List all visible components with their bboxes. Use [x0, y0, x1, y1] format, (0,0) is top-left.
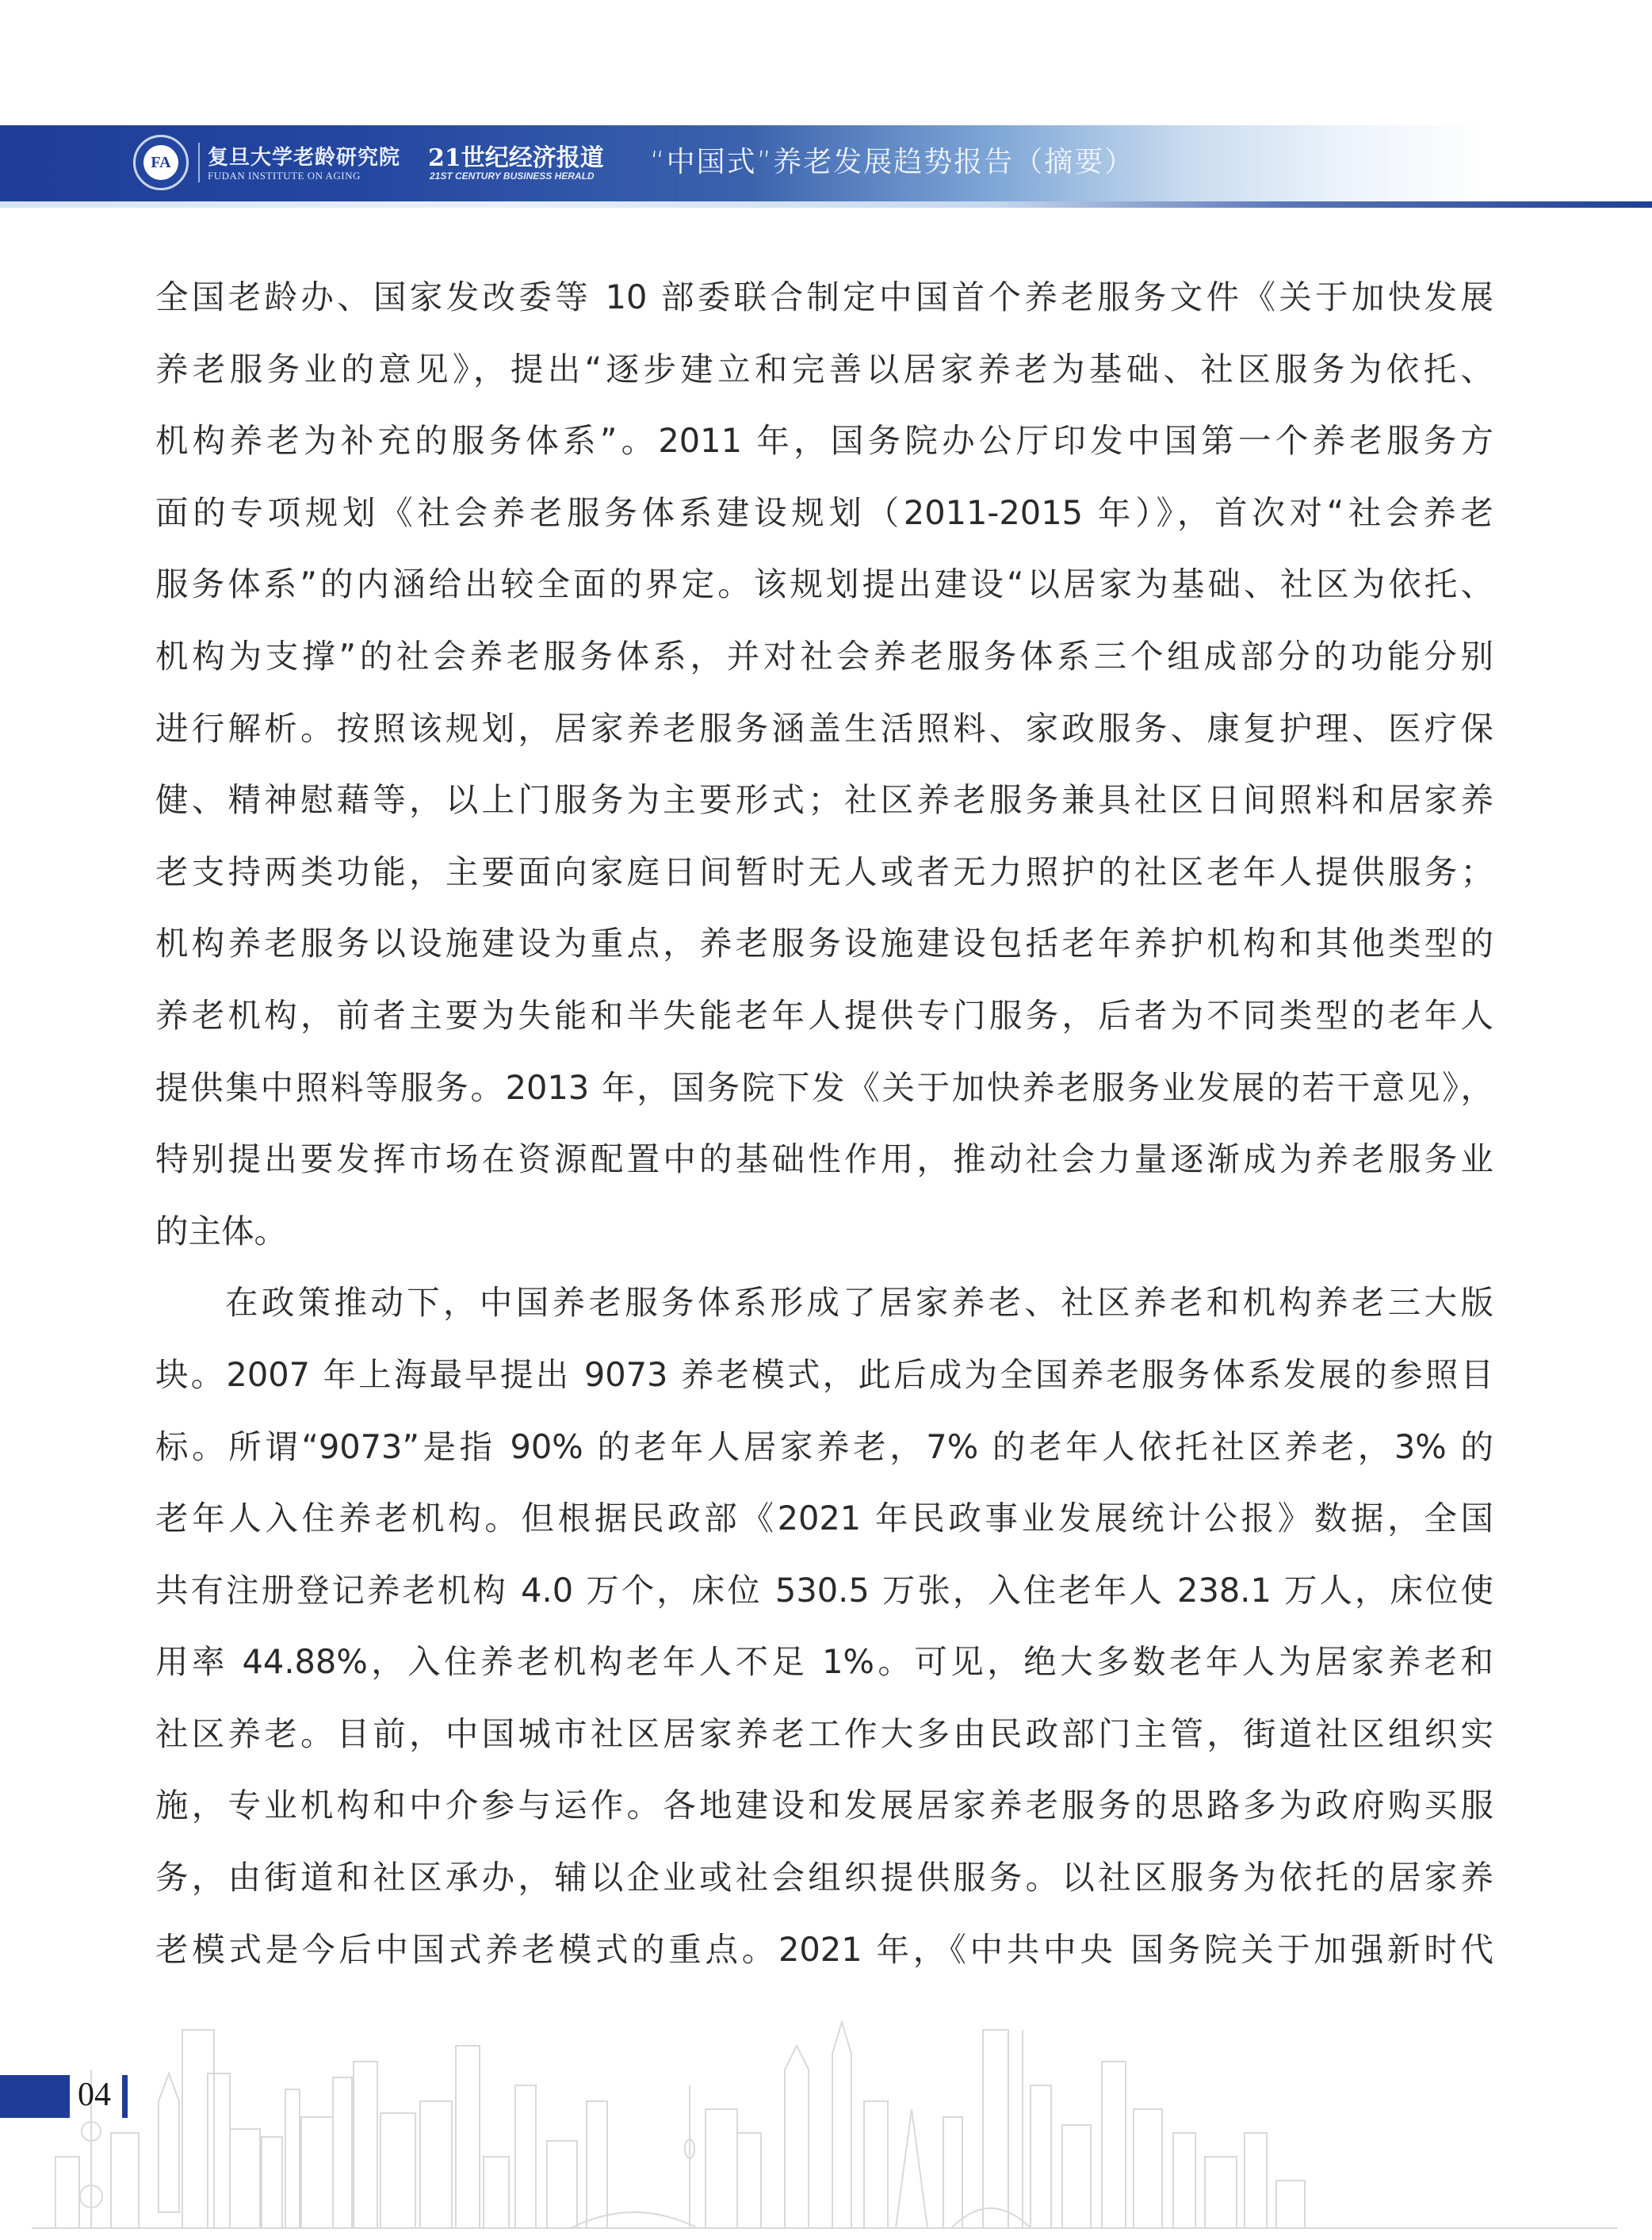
- text-line: 在政策推动下，中国养老服务体系形成了居家养老、社区养老和机构养老三大版: [155, 1267, 1493, 1339]
- text-line: 共有注册登记养老机构 4.0 万个，床位 530.5 万张，入住老年人 238.…: [155, 1555, 1493, 1627]
- text-line: 进行解析。按照该规划，居家养老服务涵盖生活照料、家政服务、康复护理、医疗保: [155, 693, 1493, 765]
- herald-logo-cn: 21世纪经济报道: [428, 138, 604, 173]
- herald-logo-en: 21ST CENTURY BUSINESS HERALD: [430, 170, 595, 182]
- text-line: 标。所谓“9073”是指 90% 的老年人居家养老，7% 的老年人依托社区养老，…: [155, 1411, 1493, 1484]
- text-line: 机构为支撑”的社会养老服务体系，并对社会养老服务体系三个组成部分的功能分别: [155, 621, 1493, 693]
- logo-divider: [198, 143, 200, 182]
- text-line: 老年人入住养老机构。但根据民政部《2021 年民政事业发展统计公报》数据，全国: [155, 1483, 1493, 1555]
- text-line: 老模式是今后中国式养老模式的重点。2021 年，《中共中央 国务院关于加强新时代: [155, 1914, 1493, 1986]
- text-line: 服务体系”的内涵给出较全面的界定。该规划提出建设“以居家为基础、社区为依托、: [155, 549, 1493, 621]
- paragraph-2: 在政策推动下，中国养老服务体系形成了居家养老、社区养老和机构养老三大版 块。20…: [155, 1267, 1493, 1985]
- page-number-block: [0, 2075, 70, 2118]
- text-line: 的主体。: [155, 1196, 1493, 1268]
- text-line: 施，专业机构和中介参与运作。各地建设和发展居家养老服务的思路多为政府购买服: [155, 1770, 1493, 1842]
- text-line: 健、精神慰藉等，以上门服务为主要形式；社区养老服务兼具社区日间照料和居家养: [155, 764, 1493, 837]
- logo-monogram: FA: [143, 145, 178, 180]
- report-title: “中国式”养老发展趋势报告（摘要）: [650, 140, 1134, 180]
- text-line: 用率 44.88%，入住养老机构老年人不足 1%。可见，绝大多数老年人为居家养老…: [155, 1626, 1493, 1698]
- text-line: 块。2007 年上海最早提出 9073 养老模式，此后成为全国养老服务体系发展的…: [155, 1339, 1493, 1411]
- document-body: 全国老龄办、国家发改委等 10 部委联合制定中国首个养老服务文件《关于加快发展 …: [155, 262, 1493, 1985]
- text-line: 全国老龄办、国家发改委等 10 部委联合制定中国首个养老服务文件《关于加快发展: [155, 262, 1493, 334]
- institute-name-en: FUDAN INSTITUTE ON AGING: [208, 170, 361, 182]
- text-line: 老支持两类功能，主要面向家庭日间暂时无人或者无力照护的社区老年人提供服务；: [155, 837, 1493, 909]
- text-line: 提供集中照料等服务。2013 年，国务院下发《关于加快养老服务业发展的若干意见》…: [155, 1052, 1493, 1124]
- text-line: 机构养老服务以设施建设为重点，养老服务设施建设包括老年养护机构和其他类型的: [155, 908, 1493, 980]
- city-skyline-icon: [0, 1998, 1652, 2240]
- text-line: 养老机构，前者主要为失能和半失能老年人提供专门服务，后者为不同类型的老年人: [155, 980, 1493, 1052]
- paragraph-1: 全国老龄办、国家发改委等 10 部委联合制定中国首个养老服务文件《关于加快发展 …: [155, 262, 1493, 1267]
- text-line: 社区养老。目前，中国城市社区居家养老工作大多由民政部门主管，街道社区组织实: [155, 1698, 1493, 1771]
- text-line: 务，由街道和社区承办，辅以企业或社会组织提供服务。以社区服务为依托的居家养: [155, 1842, 1493, 1914]
- page-number-bar: [122, 2075, 128, 2118]
- text-line: 特别提出要发挥市场在资源配置中的基础性作用，推动社会力量逐渐成为养老服务业: [155, 1124, 1493, 1196]
- text-line: 养老服务业的意见》，提出“逐步建立和完善以居家养老为基础、社区服务为依托、: [155, 334, 1493, 406]
- fudan-aging-logo-icon: FA: [133, 135, 189, 190]
- header-divider: [0, 201, 1652, 208]
- text-line: 面的专项规划《社会养老服务体系建设规划（2011-2015 年）》，首次对“社会…: [155, 477, 1493, 549]
- institute-name-cn: 复旦大学老龄研究院: [208, 141, 400, 170]
- page-number: 04: [78, 2073, 111, 2117]
- text-line: 机构养老为补充的服务体系”。2011 年，国务院办公厅印发中国第一个养老服务方: [155, 405, 1493, 477]
